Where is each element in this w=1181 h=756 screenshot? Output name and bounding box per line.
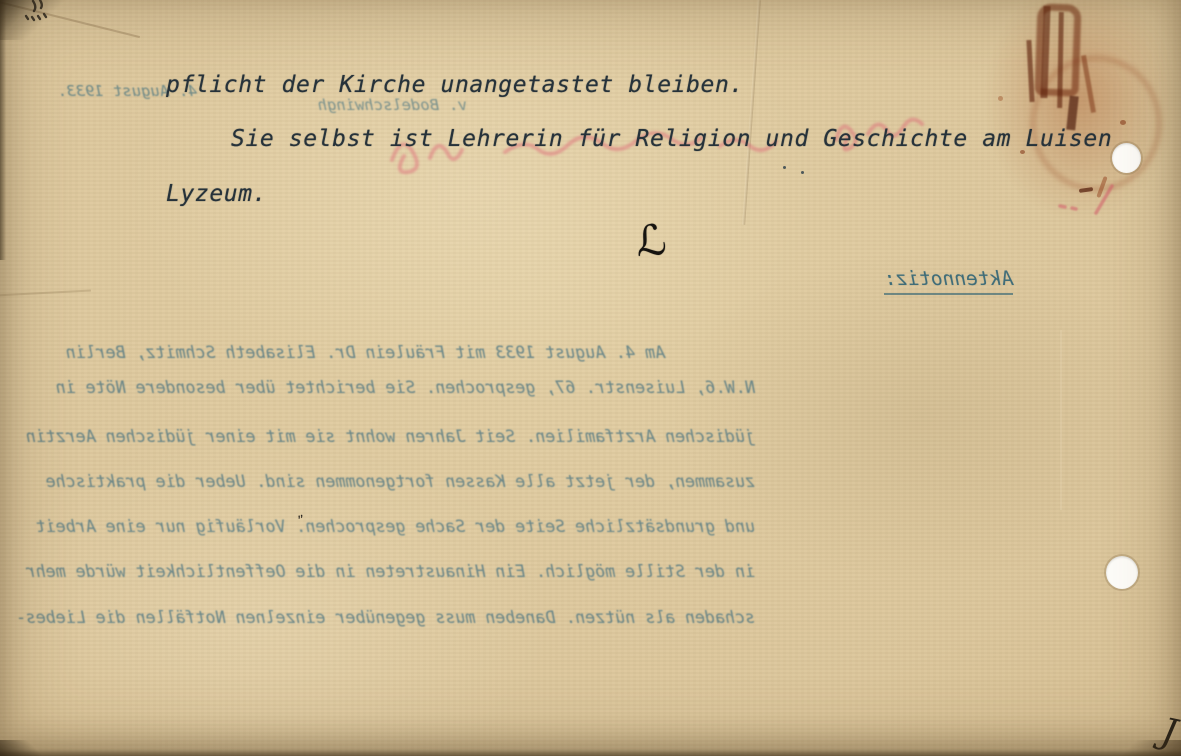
ghost-line-1: Am 4. August 1933 mit Fräulein Dr. Elisa… [66,343,715,362]
ghost-body-line: Am 4. August 1933 mit Fräulein Dr. Elisa… [15,324,755,381]
ghost-body-line: in der Stille möglich. Ein Hinaustreten … [15,562,755,581]
rust-stain [985,0,1175,220]
ghost-body-line: schaden als nützen. Daneben muss gegenüb… [15,608,755,627]
ghost-aktennotiz-heading: Aktennotiz: [900,244,1060,318]
rust-speck [1120,120,1126,125]
ink-dot [783,166,786,169]
scanned-document-page: 4. August 1933. v. Bodelschwingh Aktenno… [0,0,1181,756]
scan-edge-shadow [0,0,6,260]
rust-streak [1026,40,1034,102]
ghost-body-line: zusammen, der jetzt alle Kassen fortgeno… [15,472,755,491]
rust-speck [1079,187,1093,193]
scan-edge-shadow [0,749,1181,756]
recto-line-1: pflicht der Kirche unangetastet bleiben. [166,72,744,98]
rust-streak [1040,6,1050,98]
paper-crease [742,0,761,225]
ghost-aktennotiz-label: Aktennotiz: [884,267,1013,295]
paper-crease [0,290,91,297]
paperclip-rust-outline [1034,3,1081,96]
paper-crease [1060,330,1062,510]
recto-line-2: Sie selbst ist Lehrerin für Religion und… [231,126,1112,152]
scan-edge-shadow [1121,740,1181,756]
punch-hole-bottom [1106,556,1138,589]
scan-edge-shadow [0,0,70,40]
rust-stain-ring [1030,55,1162,192]
rust-speck [998,96,1003,101]
ghost-body-line: und grundsätzliche Seite der Sache gespr… [15,517,755,536]
rust-speck [1096,176,1107,198]
rust-streak [1057,12,1064,108]
rust-streak [1081,55,1096,113]
ghost-body-line: N.W.6, Luisenstr. 67, gesprochen. Sie be… [15,378,755,397]
ghost-body-line: jüdischen Arztfamilien. Seit Jahren wohn… [15,427,755,446]
ghost-name-fragment: v. Bodelschwingh [315,96,467,114]
recto-line-3: Lyzeum. [166,181,267,207]
handwritten-initial-L: ℒ [634,215,668,266]
scan-edge-shadow [0,740,42,756]
ink-dot [801,171,804,174]
punch-hole-top [1112,143,1141,173]
